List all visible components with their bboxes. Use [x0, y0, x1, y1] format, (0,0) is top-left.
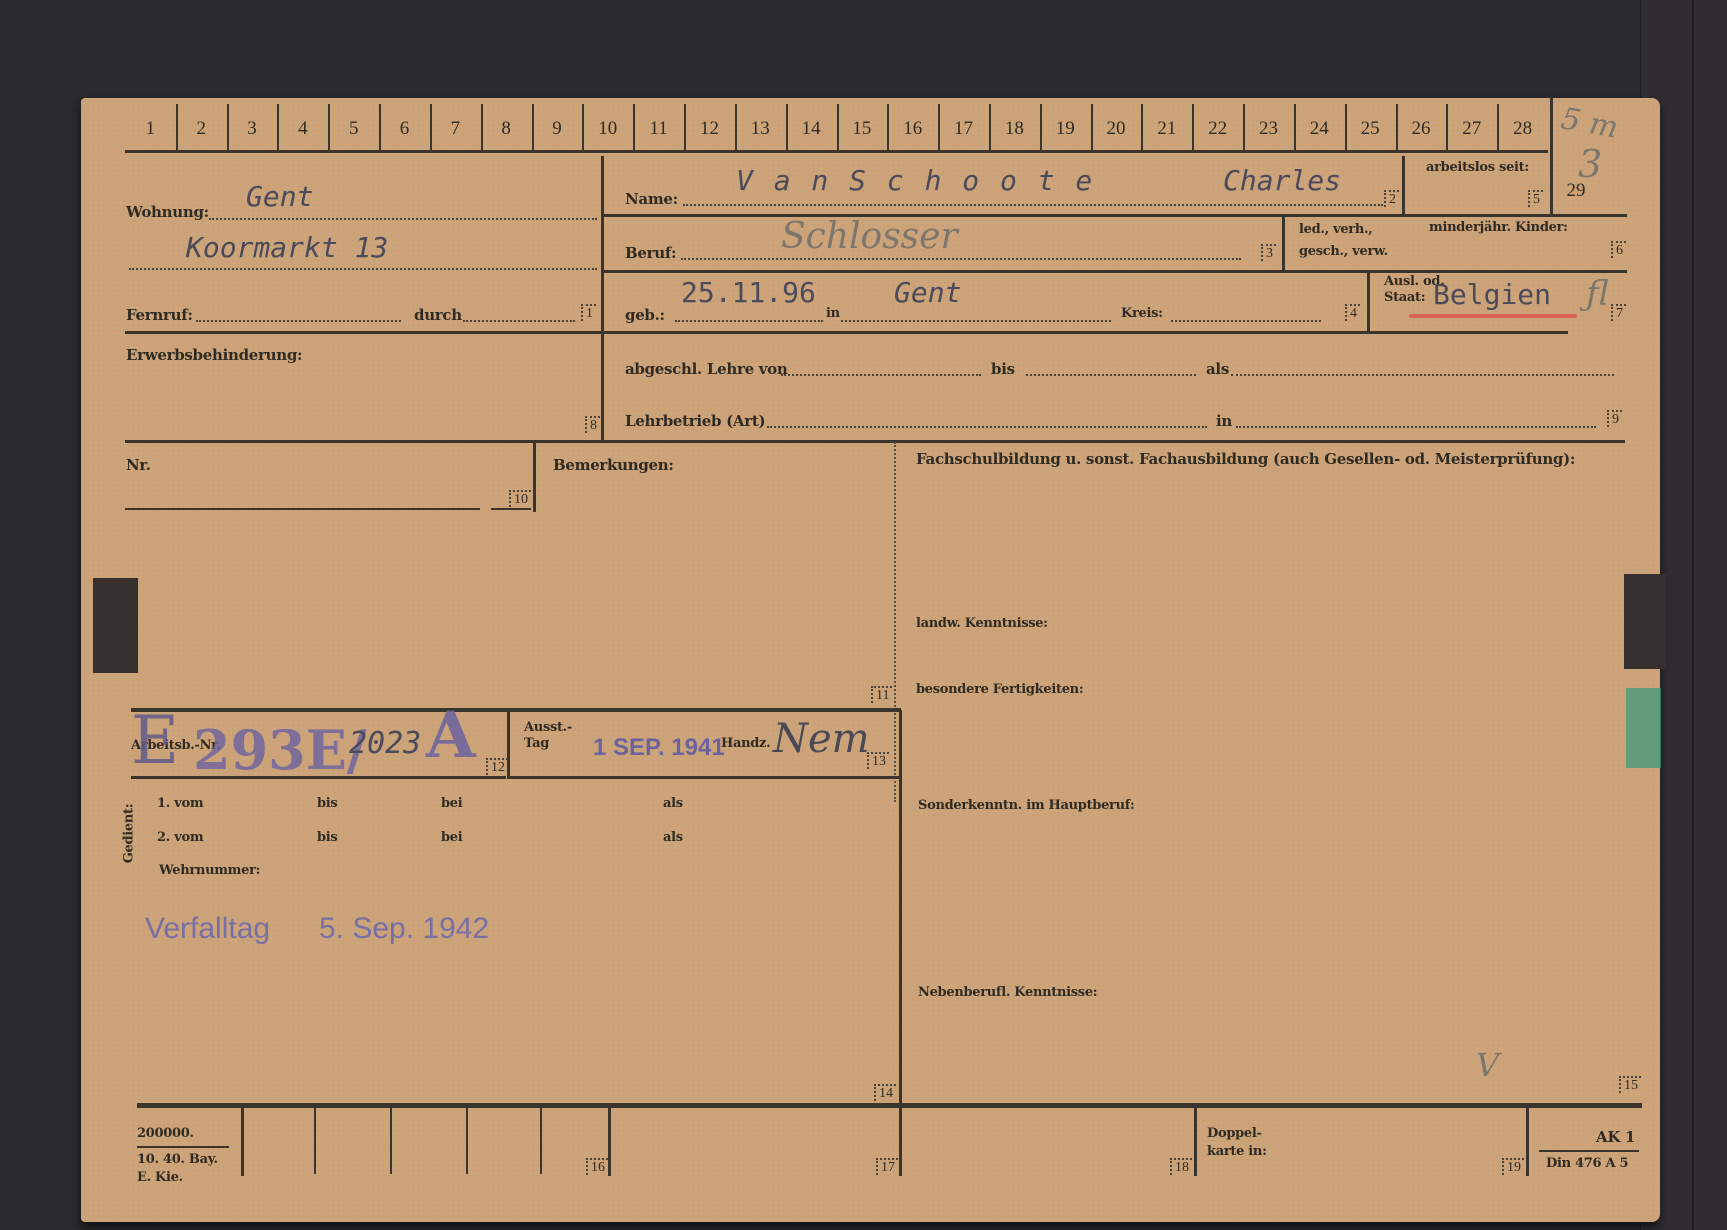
divider-col29: [1550, 98, 1553, 215]
lehre-als-dotline: [1231, 374, 1614, 376]
divider-staat: [1367, 272, 1370, 332]
field-number-6: 6: [1611, 241, 1626, 258]
column-divider: [328, 104, 330, 152]
column-14: 14: [791, 118, 831, 140]
verfalltag-date: 5. Sep. 1942: [319, 912, 489, 946]
column-19: 19: [1045, 118, 1085, 140]
gedient-side-label: Gedient:: [121, 804, 136, 864]
divider-nr: [533, 442, 536, 512]
column-divider: [227, 104, 229, 152]
column-divider: [379, 104, 381, 152]
field-number-19: 19: [1502, 1158, 1524, 1175]
footer-divider-4: [1194, 1106, 1197, 1176]
arbeitsbuch-stamp-number: 293E/: [193, 718, 367, 782]
column-3: 3: [232, 118, 272, 140]
field-number-13: 13: [867, 752, 889, 769]
column-divider: [1243, 104, 1245, 152]
row-line-beruf: [603, 270, 1627, 273]
column-divider: [1141, 104, 1143, 152]
print-run: 200000.: [137, 1126, 194, 1141]
column-22: 22: [1198, 118, 1238, 140]
column-12: 12: [689, 118, 729, 140]
lehre-label: abgeschl. Lehre von: [625, 360, 787, 378]
footer-divider-5: [1526, 1106, 1529, 1176]
column-divider: [684, 104, 686, 152]
doppelkarte-label-2: karte in:: [1207, 1144, 1267, 1159]
column-21: 21: [1147, 118, 1187, 140]
field-number-9: 9: [1607, 410, 1622, 427]
kreis-label: Kreis:: [1121, 306, 1163, 321]
lehre-bis-label: bis: [991, 360, 1015, 378]
beruf-value: Schlosser: [781, 216, 958, 257]
pencil-checkmark: V: [1476, 1046, 1499, 1084]
bemerkungen-dotted-divider: [894, 442, 896, 802]
lehrbetrieb-in-label: in: [1216, 412, 1232, 430]
column-16: 16: [893, 118, 933, 140]
field-number-14: 14: [874, 1084, 896, 1101]
nebenberuf-label: Nebenberufl. Kenntnisse:: [918, 985, 1097, 1000]
column-2: 2: [181, 118, 221, 140]
column-divider: [1294, 104, 1296, 152]
column-divider: [277, 104, 279, 152]
gedient-row2-label: 2. vom: [157, 830, 203, 845]
print-info-2: E. Kie.: [137, 1170, 183, 1185]
column-divider: [938, 104, 940, 152]
divider-arbeitslos: [1402, 156, 1405, 215]
sonder-label: Sonderkenntn. im Hauptberuf:: [918, 798, 1135, 813]
arbeitsbuch-bottom-line: [131, 776, 506, 779]
durch-label: durch: [414, 306, 462, 324]
column-divider: [1345, 104, 1347, 152]
field-number-16: 16: [586, 1158, 608, 1175]
wohnung-line2: Koormarkt 13: [186, 231, 388, 264]
ausst-date-stamp: 1 SEP. 1941: [593, 734, 725, 762]
divider-lower: [899, 710, 902, 1105]
column-13: 13: [740, 118, 780, 140]
row-line-lehre: [125, 440, 1625, 443]
column-23: 23: [1248, 118, 1288, 140]
fachschul-label: Fachschulbildung u. sonst. Fachausbildun…: [916, 450, 1575, 468]
nr-bottom-line: [125, 508, 480, 510]
beruf-label: Beruf:: [625, 244, 676, 262]
field-number-8: 8: [585, 416, 600, 433]
column-divider: [481, 104, 483, 152]
column-divider: [430, 104, 432, 152]
column-divider: [1091, 104, 1093, 152]
column-28: 28: [1503, 118, 1543, 140]
column-divider: [1446, 104, 1448, 152]
divider-familienstand: [1282, 216, 1285, 271]
gedient-row1-bis: bis: [317, 796, 337, 811]
familienstand-line1: led., verh.,: [1299, 222, 1372, 237]
column-divider: [1396, 104, 1398, 152]
doppelkarte-label-1: Doppel-: [1207, 1126, 1262, 1141]
form-code-underline: [1539, 1150, 1639, 1152]
column-6: 6: [385, 118, 425, 140]
column-divider: [532, 104, 534, 152]
staat-value: Belgien: [1433, 278, 1551, 311]
wehrnummer-label: Wehrnummer:: [159, 863, 260, 878]
column-15: 15: [842, 118, 882, 140]
pencil-note-2: 3: [1578, 142, 1602, 186]
gedient-row1-bei: bei: [441, 796, 462, 811]
field-number-15: 15: [1619, 1076, 1641, 1093]
handz-label: Handz.: [721, 736, 770, 751]
field-number-10: 10: [509, 490, 531, 507]
bemerkungen-label: Bemerkungen:: [553, 456, 674, 474]
fernruf-dotline: [196, 320, 401, 322]
punch-hole-left: [93, 578, 138, 673]
gedient-row1-als: als: [663, 796, 683, 811]
column-divider: [786, 104, 788, 152]
divider-lehre: [601, 331, 604, 443]
footer-top-line: [137, 1103, 1642, 1108]
name-label: Name:: [625, 190, 678, 208]
ausst-label-2: Tag: [524, 736, 549, 751]
geb-place: Gent: [894, 276, 961, 309]
arbeitsbuch-typed-number: 2023: [349, 726, 421, 761]
field-number-1: 1: [581, 304, 596, 321]
geb-date: 25.11.96: [681, 276, 816, 309]
footer-divider-1: [241, 1106, 244, 1176]
footer-sub-1: [314, 1106, 316, 1174]
geb-label: geb.:: [625, 306, 665, 324]
lehrbetrieb-dotline: [767, 426, 1207, 428]
field-number-4: 4: [1345, 304, 1360, 321]
column-8: 8: [486, 118, 526, 140]
name-surname: V a n S c h o o t e: [736, 164, 1094, 197]
kreis-dotline: [1171, 320, 1321, 322]
form-code: AK 1: [1596, 1128, 1635, 1146]
familienstand-line2: gesch., verw.: [1299, 244, 1388, 259]
column-divider: [887, 104, 889, 152]
name-dotline: [683, 204, 1383, 206]
durch-dotline: [463, 320, 575, 322]
arbeitsbuch-stamp-suffix: A: [426, 698, 476, 773]
ausst-label-1: Ausst.-: [524, 720, 572, 735]
footer-divider-2: [608, 1106, 611, 1176]
field-number-11: 11: [871, 686, 892, 703]
column-divider: [582, 104, 584, 152]
column-18: 18: [994, 118, 1034, 140]
landw-label: landw. Kenntnisse:: [916, 616, 1048, 631]
arbeitsbuch-stamp-prefix: E: [131, 702, 179, 779]
erwerbsbehinderung-label: Erwerbsbehinderung:: [126, 346, 302, 364]
binder-edge: [1692, 0, 1694, 1230]
print-info-1: 10. 40. Bay.: [137, 1152, 218, 1167]
footer-sub-4: [540, 1106, 542, 1174]
column-4: 4: [283, 118, 323, 140]
din-label: Din 476 A 5: [1546, 1156, 1628, 1171]
footer-sub-2: [390, 1106, 392, 1174]
green-stamp-mark: [1626, 688, 1661, 768]
column-divider: [1192, 104, 1194, 152]
field-number-18: 18: [1170, 1158, 1192, 1175]
column-26: 26: [1401, 118, 1441, 140]
gedient-row2-bis: bis: [317, 830, 337, 845]
arbeitslos-label: arbeitslos seit:: [1426, 160, 1529, 175]
staat-label-2: Staat:: [1384, 290, 1425, 305]
column-divider: [735, 104, 737, 152]
column-divider: [989, 104, 991, 152]
column-1: 1: [130, 118, 170, 140]
column-7: 7: [435, 118, 475, 140]
registration-card: 1234567891011121314151617181920212223242…: [81, 98, 1660, 1222]
geb-in-label: in: [826, 306, 840, 321]
row-line-name: [603, 214, 1627, 217]
wohnung-line1: Gent: [246, 180, 313, 213]
column-divider: [633, 104, 635, 152]
pencil-mark: ƒl: [1586, 274, 1609, 314]
wohnung-label: Wohnung:: [126, 203, 209, 221]
column-27: 27: [1452, 118, 1492, 140]
column-5: 5: [334, 118, 374, 140]
besondere-label: besondere Fertigkeiten:: [916, 682, 1083, 697]
column-25: 25: [1350, 118, 1390, 140]
geb-in-dotline: [841, 320, 1111, 322]
column-20: 20: [1096, 118, 1136, 140]
fernruf-label: Fernruf:: [126, 306, 193, 324]
lehrbetrieb-in-dotline: [1236, 426, 1596, 428]
column-17: 17: [944, 118, 984, 140]
column-divider: [1040, 104, 1042, 152]
lehrbetrieb-label: Lehrbetrieb (Art): [625, 412, 765, 430]
beruf-dotline: [681, 258, 1241, 260]
gedient-row1-label: 1. vom: [157, 796, 203, 811]
punch-hole-right: [1624, 574, 1666, 669]
geb-dotline: [675, 320, 823, 322]
lehre-von-dotline: [781, 374, 981, 376]
field-number-12: 12: [486, 758, 508, 775]
column-divider: [1497, 104, 1499, 152]
red-pencil-underline: [1409, 314, 1577, 318]
row-line-1: [125, 331, 1568, 334]
arbeitsbuch-top-line: [131, 708, 901, 712]
field-number-5: 5: [1528, 190, 1543, 207]
field-number-3: 3: [1261, 244, 1276, 261]
field-number-17: 17: [876, 1158, 898, 1175]
lehre-bis-dotline: [1026, 374, 1196, 376]
column-9: 9: [537, 118, 577, 140]
nr-bottom-line-2: [491, 508, 531, 510]
print-run-underline: [137, 1146, 229, 1148]
column-10: 10: [588, 118, 628, 140]
wohnung-dotline-2: [129, 268, 597, 270]
field-number-7: 7: [1611, 304, 1626, 321]
kinder-label: minderjähr. Kinder:: [1429, 220, 1568, 235]
name-given: Charles: [1223, 164, 1341, 197]
column-11: 11: [639, 118, 679, 140]
wohnung-dotline: [209, 218, 597, 220]
strip-bottom-line: [125, 150, 1548, 153]
column-24: 24: [1299, 118, 1339, 140]
lehre-als-label: als: [1206, 360, 1229, 378]
signature: Nem: [773, 716, 870, 762]
column-divider: [176, 104, 178, 152]
nr-label: Nr.: [126, 456, 151, 474]
footer-sub-3: [466, 1106, 468, 1174]
ausst-bottom-line: [507, 776, 902, 779]
gedient-row2-bei: bei: [441, 830, 462, 845]
divider-ausst: [507, 710, 510, 778]
pencil-note: 5 m: [1558, 101, 1620, 145]
gedient-row2-als: als: [663, 830, 683, 845]
verfalltag-label: Verfalltag: [145, 912, 270, 946]
footer-divider-3: [899, 1106, 902, 1176]
column-divider: [837, 104, 839, 152]
field-number-2: 2: [1384, 190, 1399, 207]
